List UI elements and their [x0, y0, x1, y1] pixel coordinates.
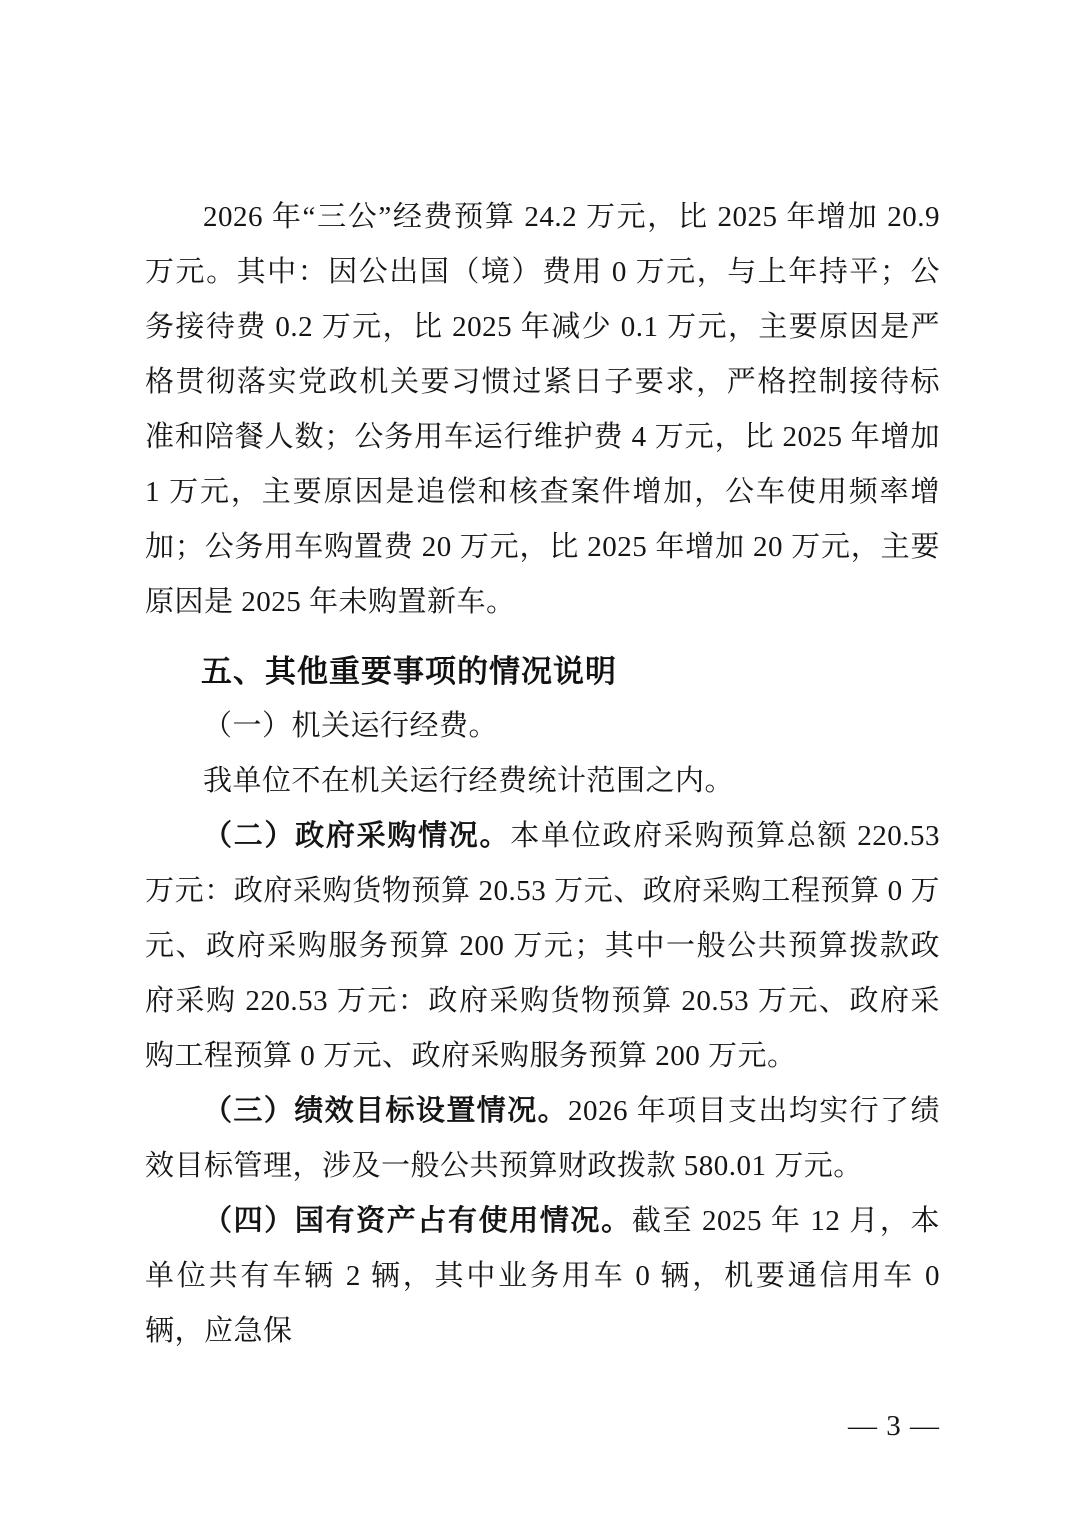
subsection-1-title: （一）机关运行经费。 [145, 699, 940, 754]
subsection-2-lead: （二）政府采购情况。 [203, 820, 510, 852]
subsection-1-body: 我单位不在机关运行经费统计范围之内。 [145, 754, 940, 809]
page-number: — 3 — [145, 1399, 940, 1454]
subsection-2-body-text: 本单位政府采购预算总额 220.53 万元：政府采购货物预算 20.53 万元、… [145, 820, 940, 1072]
subsection-3-performance-targets: （三）绩效目标设置情况。2026 年项目支出均实行了绩效目标管理，涉及一般公共预… [145, 1084, 940, 1194]
subsection-4-state-assets: （四）国有资产占有使用情况。截至 2025 年 12 月，本单位共有车辆 2 辆… [145, 1194, 940, 1359]
paragraph-three-public-expenses: 2026 年“三公”经费预算 24.2 万元，比 2025 年增加 20.9 万… [145, 190, 940, 630]
section-heading-other-important-items: 五、其他重要事项的情况说明 [145, 644, 940, 699]
document-body: 2026 年“三公”经费预算 24.2 万元，比 2025 年增加 20.9 万… [0, 0, 1074, 1454]
subsection-2-government-procurement: （二）政府采购情况。本单位政府采购预算总额 220.53 万元：政府采购货物预算… [145, 809, 940, 1084]
subsection-3-lead: （三）绩效目标设置情况。 [203, 1095, 568, 1127]
subsection-4-lead: （四）国有资产占有使用情况。 [203, 1205, 632, 1237]
document-page: 2026 年“三公”经费预算 24.2 万元，比 2025 年增加 20.9 万… [0, 0, 1074, 1520]
subsection-1-title-text: （一）机关运行经费。 [203, 710, 498, 742]
